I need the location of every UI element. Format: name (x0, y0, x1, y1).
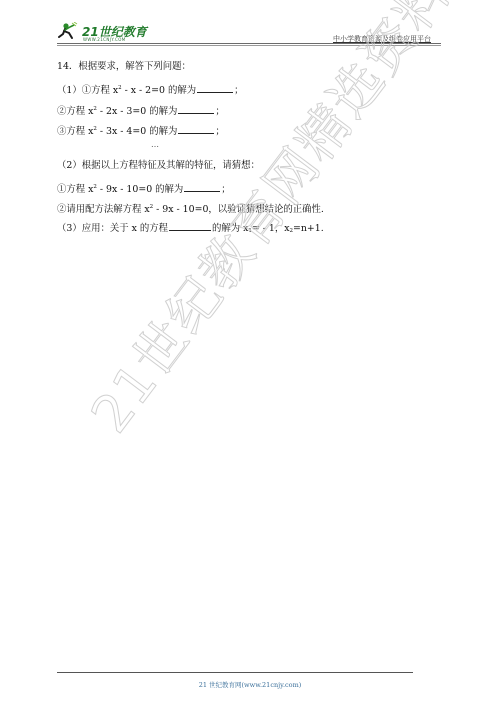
part1-item2: ②方程 x2 - 2x - 3=0 的解为； (57, 103, 225, 118)
part1-item1: （1）①方程 x2 - x - 2=0 的解为； (57, 82, 243, 97)
part3-end: =n+1. (293, 223, 324, 234)
item-marker: ② (57, 204, 66, 215)
footer-site-link[interactable]: 21 世纪教育网(www.21cnjy.com) (0, 680, 500, 689)
document-page: 21世纪教育 WWW.21CNJY.COM 中小学教育资源及组卷应用平台 14．… (0, 0, 500, 707)
question-stem-text: 根据要求，解答下列问题： (78, 61, 191, 72)
equation-rest: - 3x - 4=0 的解为 (97, 126, 177, 137)
part3-label: （3） (57, 223, 82, 234)
footer-divider (57, 672, 413, 673)
part2-label: （2） (57, 160, 82, 171)
punctuation: ； (234, 85, 243, 96)
equation-rest: - 2x - 3=0 的解为 (97, 106, 177, 117)
runner-icon (57, 22, 79, 42)
item-marker: ① (57, 184, 66, 195)
item-marker: ③ (57, 126, 66, 137)
item-marker: ① (82, 85, 91, 96)
equation-prefix: 方程 x (66, 126, 93, 137)
answer-blank[interactable] (178, 104, 214, 114)
site-logo[interactable]: 21世纪教育 WWW.21CNJY.COM (57, 22, 157, 44)
logo-url-text: WWW.21CNJY.COM (83, 37, 126, 42)
item-marker: ② (57, 106, 66, 117)
part2-stem: （2）根据以上方程特征及其解的特征，请猜想： (57, 160, 260, 172)
answer-blank[interactable] (197, 83, 233, 93)
equation-prefix: 方程 x (91, 85, 118, 96)
part3-prefix: 应用：关于 x 的方程 (82, 223, 168, 234)
part1-item3: ③方程 x2 - 3x - 4=0 的解为； (57, 123, 225, 138)
part2-stem-text: 根据以上方程特征及其解的特征，请猜想： (82, 160, 260, 171)
question-stem: 14．根据要求，解答下列问题： (57, 61, 191, 73)
answer-blank[interactable] (184, 182, 220, 192)
part2-item1: ①方程 x2 - 9x - 10=0 的解为； (57, 181, 231, 196)
equation-prefix: 请用配方法解方程 x (66, 204, 149, 215)
equation-rest: - 9x - 10=0 的解为 (97, 184, 183, 195)
ellipsis: … (151, 140, 159, 149)
answer-blank[interactable] (178, 124, 214, 134)
question-number: 14． (57, 61, 78, 72)
punctuation: ； (215, 106, 224, 117)
part1-label: （1） (57, 85, 82, 96)
punctuation: ； (215, 126, 224, 137)
equation-prefix: 方程 x (66, 106, 93, 117)
equation-prefix: 方程 x (66, 184, 93, 195)
equation-rest: - x - 2=0 的解为 (122, 85, 196, 96)
